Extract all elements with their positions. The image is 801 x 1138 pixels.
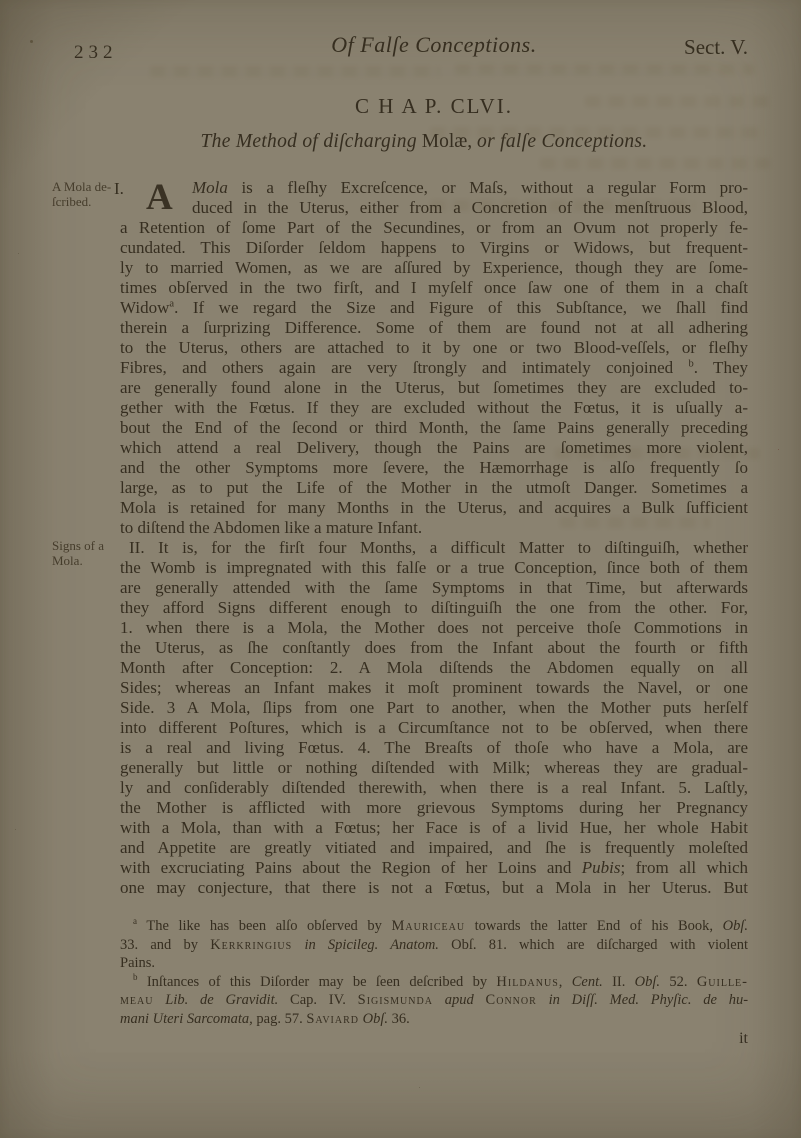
text-line: cundated. This Diſorder ſeldom happens t…: [120, 238, 748, 258]
bleed-through-ghost: [455, 64, 755, 75]
text-line: times obſerved in the two firſt, and I m…: [120, 278, 748, 298]
text-line: the Uterus, as ſhe conſtantly does from …: [120, 638, 748, 658]
text-line: with excruciating Pains about the Region…: [120, 858, 748, 878]
text-line: a Retention of ſome Part of the Secundin…: [120, 218, 748, 238]
text-line: and Appetite are greatly vitiated and im…: [120, 838, 748, 858]
text-line: to diſtend the Abdomen like a mature Inf…: [120, 518, 748, 538]
text-line: and the other Symptoms more ſevere, the …: [120, 458, 748, 478]
footnotes: a The like has been alſo obſerved by Mau…: [120, 917, 748, 1029]
text-line: which attend a real Delivery, though the…: [120, 438, 748, 458]
text-line: therein a ſurprizing Difference. Some of…: [120, 318, 748, 338]
footnote-a: a The like has been alſo obſerved by Mau…: [120, 917, 748, 973]
margin-note-signs-of-mola: Signs of aMola.: [52, 538, 126, 568]
book-page: 232 Of Falſe Conceptions. Sect. V. C H A…: [0, 0, 801, 1138]
text-line: Mola is retained for many Months in the …: [120, 498, 748, 518]
paragraph-1: I. A Mola is a fleſhy Excreſcence, or Ma…: [120, 178, 748, 538]
text-line: the Womb is impregnated with this falſe …: [120, 558, 748, 578]
paragraph-numeral: I.: [114, 179, 124, 199]
bleed-through-ghost: [150, 66, 440, 77]
text-line: generally but little or nothing diſtende…: [120, 758, 748, 778]
drop-cap: A: [146, 182, 173, 214]
text-line: is a real and living Fœtus. 4. The Breaſ…: [120, 738, 748, 758]
text-line: Month after Conception: 2. A Mola diſten…: [120, 658, 748, 678]
footnote-b: b Inſtances of this Diſorder may be ſeen…: [120, 973, 748, 1029]
text-line: bout the End of the ſecond or third Mont…: [120, 418, 748, 438]
text-line: Mola is a fleſhy Excreſcence, or Maſs, w…: [120, 178, 748, 198]
text-line: mani Uteri Sarcomata, pag. 57. Saviard O…: [120, 1010, 748, 1029]
text-line: b Inſtances of this Diſorder may be ſeen…: [120, 973, 748, 992]
text-line: ly to married Women, as we are aſſured b…: [120, 258, 748, 278]
text-line: ly and conſiderably diſtended therewith,…: [120, 778, 748, 798]
text-line: large, as to put the Life of the Mother …: [120, 478, 748, 498]
paragraph-2-text: II. It is, for the firſt four Months, a …: [120, 538, 748, 898]
text-line: one may conjecture, that there is not a …: [120, 878, 748, 898]
text-line: gether with the Fœtus. If they are exclu…: [120, 398, 748, 418]
text-line: 1. when there is a Mola, the Mother does…: [120, 618, 748, 638]
text-line: are generally attended with the ſame Sym…: [120, 578, 748, 598]
text-line: a The like has been alſo obſerved by Mau…: [120, 917, 748, 936]
text-line: Widowa. If we regard the Size and Figure…: [120, 298, 748, 318]
text-line: Fibres, and others again are very ſtrong…: [120, 358, 748, 378]
text-line: are generally found alone in the Uterus,…: [120, 378, 748, 398]
text-line: 33. and by Kerkringius in Spicileg. Anat…: [120, 936, 748, 955]
text-line: they afford Signs different enough to di…: [120, 598, 748, 618]
text-line: into different Poſtures, which is a Circ…: [120, 718, 748, 738]
bleed-through-ghost: [540, 158, 770, 169]
text-line: Sides; whereas an Infant makes it moſt p…: [120, 678, 748, 698]
page-number: 232: [74, 42, 118, 64]
text-line: Pains.: [120, 954, 748, 973]
chapter-heading: C H A P. CLVI.: [120, 94, 748, 119]
paragraph-2: II. It is, for the firſt four Months, a …: [120, 538, 748, 898]
text-line: Side. 3 A Mola, ſlips from one Part to a…: [120, 698, 748, 718]
text-line: with a Mola, than with a Fœtus; her Face…: [120, 818, 748, 838]
chapter-title: The Method of diſcharging Molæ, or falſe…: [90, 131, 758, 153]
text-line: meau Lib. de Gravidit. Cap. IV. Sigismun…: [120, 991, 748, 1010]
section-label: Sect. V.: [684, 35, 748, 60]
paragraph-1-text: Mola is a fleſhy Excreſcence, or Maſs, w…: [120, 178, 748, 538]
body-text: I. A Mola is a fleſhy Excreſcence, or Ma…: [120, 178, 748, 898]
text-line: duced in the Uterus, either from a Concr…: [120, 198, 748, 218]
catchword: it: [120, 1030, 748, 1048]
ink-speck: [30, 40, 33, 43]
text-line: the Mother is afflicted with more grievo…: [120, 798, 748, 818]
running-title: Of Falſe Conceptions.: [120, 32, 748, 58]
text-line: II. It is, for the firſt four Months, a …: [120, 538, 748, 558]
text-line: to the Uterus, others are attached to it…: [120, 338, 748, 358]
